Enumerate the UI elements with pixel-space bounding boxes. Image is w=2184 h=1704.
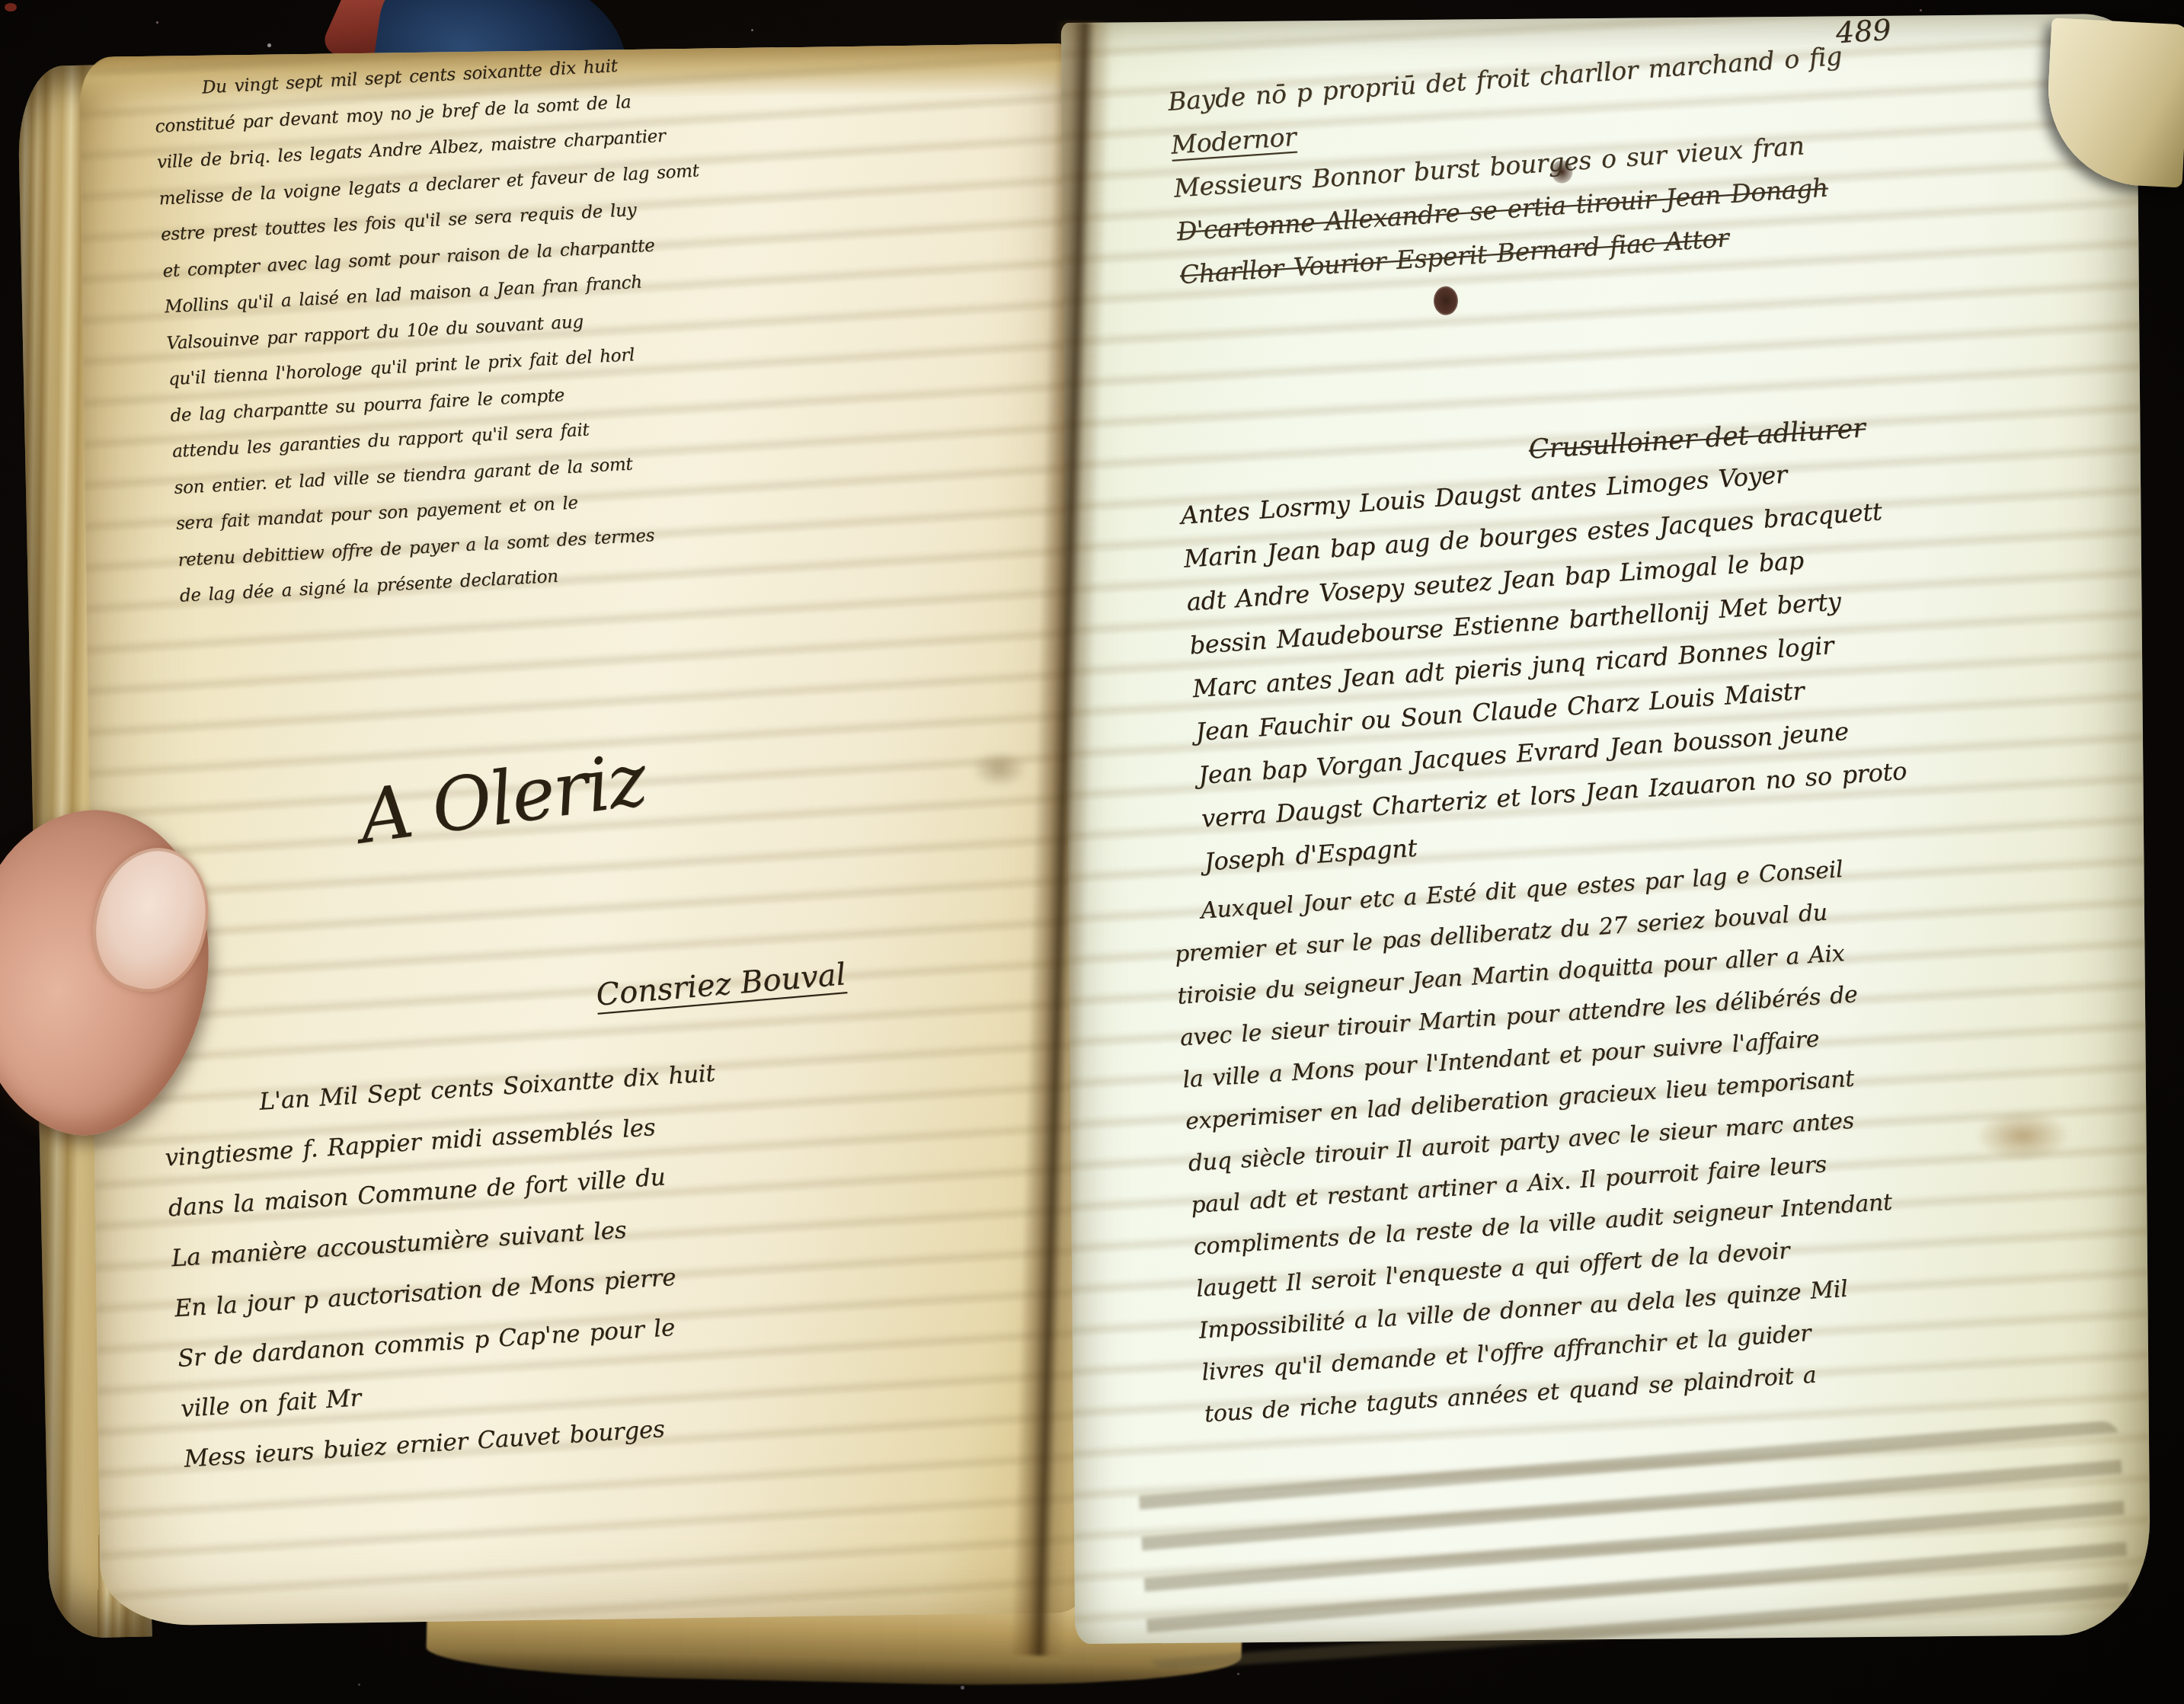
left-page: Du vingt sept mil sept cents soixantte d… [79, 43, 1087, 1626]
open-manuscript-book: Du vingt sept mil sept cents soixantte d… [0, 0, 2184, 1704]
red-speck [5, 3, 17, 11]
photo-backdrop: Du vingt sept mil sept cents soixantte d… [0, 0, 2184, 1704]
right-page: 489 Bayde nō p propriū det froit charllo… [1061, 14, 2151, 1644]
left-paragraph-2: L'an Mil Sept cents Soixantte dix huitvi… [160, 1051, 687, 1484]
right-header-lines: Bayde nō p propriū det froit charllor ma… [1166, 14, 2146, 297]
signature: A Oleriz [354, 737, 651, 860]
faded-bottom-lines [1138, 1421, 2131, 1670]
ink-smudge [973, 751, 1027, 787]
left-paragraph-1: Du vingt sept mil sept cents soixantte d… [152, 48, 652, 615]
right-names-list: Antes Losrmy Louis Daugst antes Limoges … [1179, 428, 2179, 884]
left-section-heading: Consriez Bouval [595, 957, 848, 1012]
left-section-heading-text: Consriez Bouval [595, 957, 848, 1012]
right-paragraph: Auxquel Jour etc a Esté dit que estes pa… [1171, 828, 2184, 1435]
ink-blot [1434, 286, 1458, 315]
